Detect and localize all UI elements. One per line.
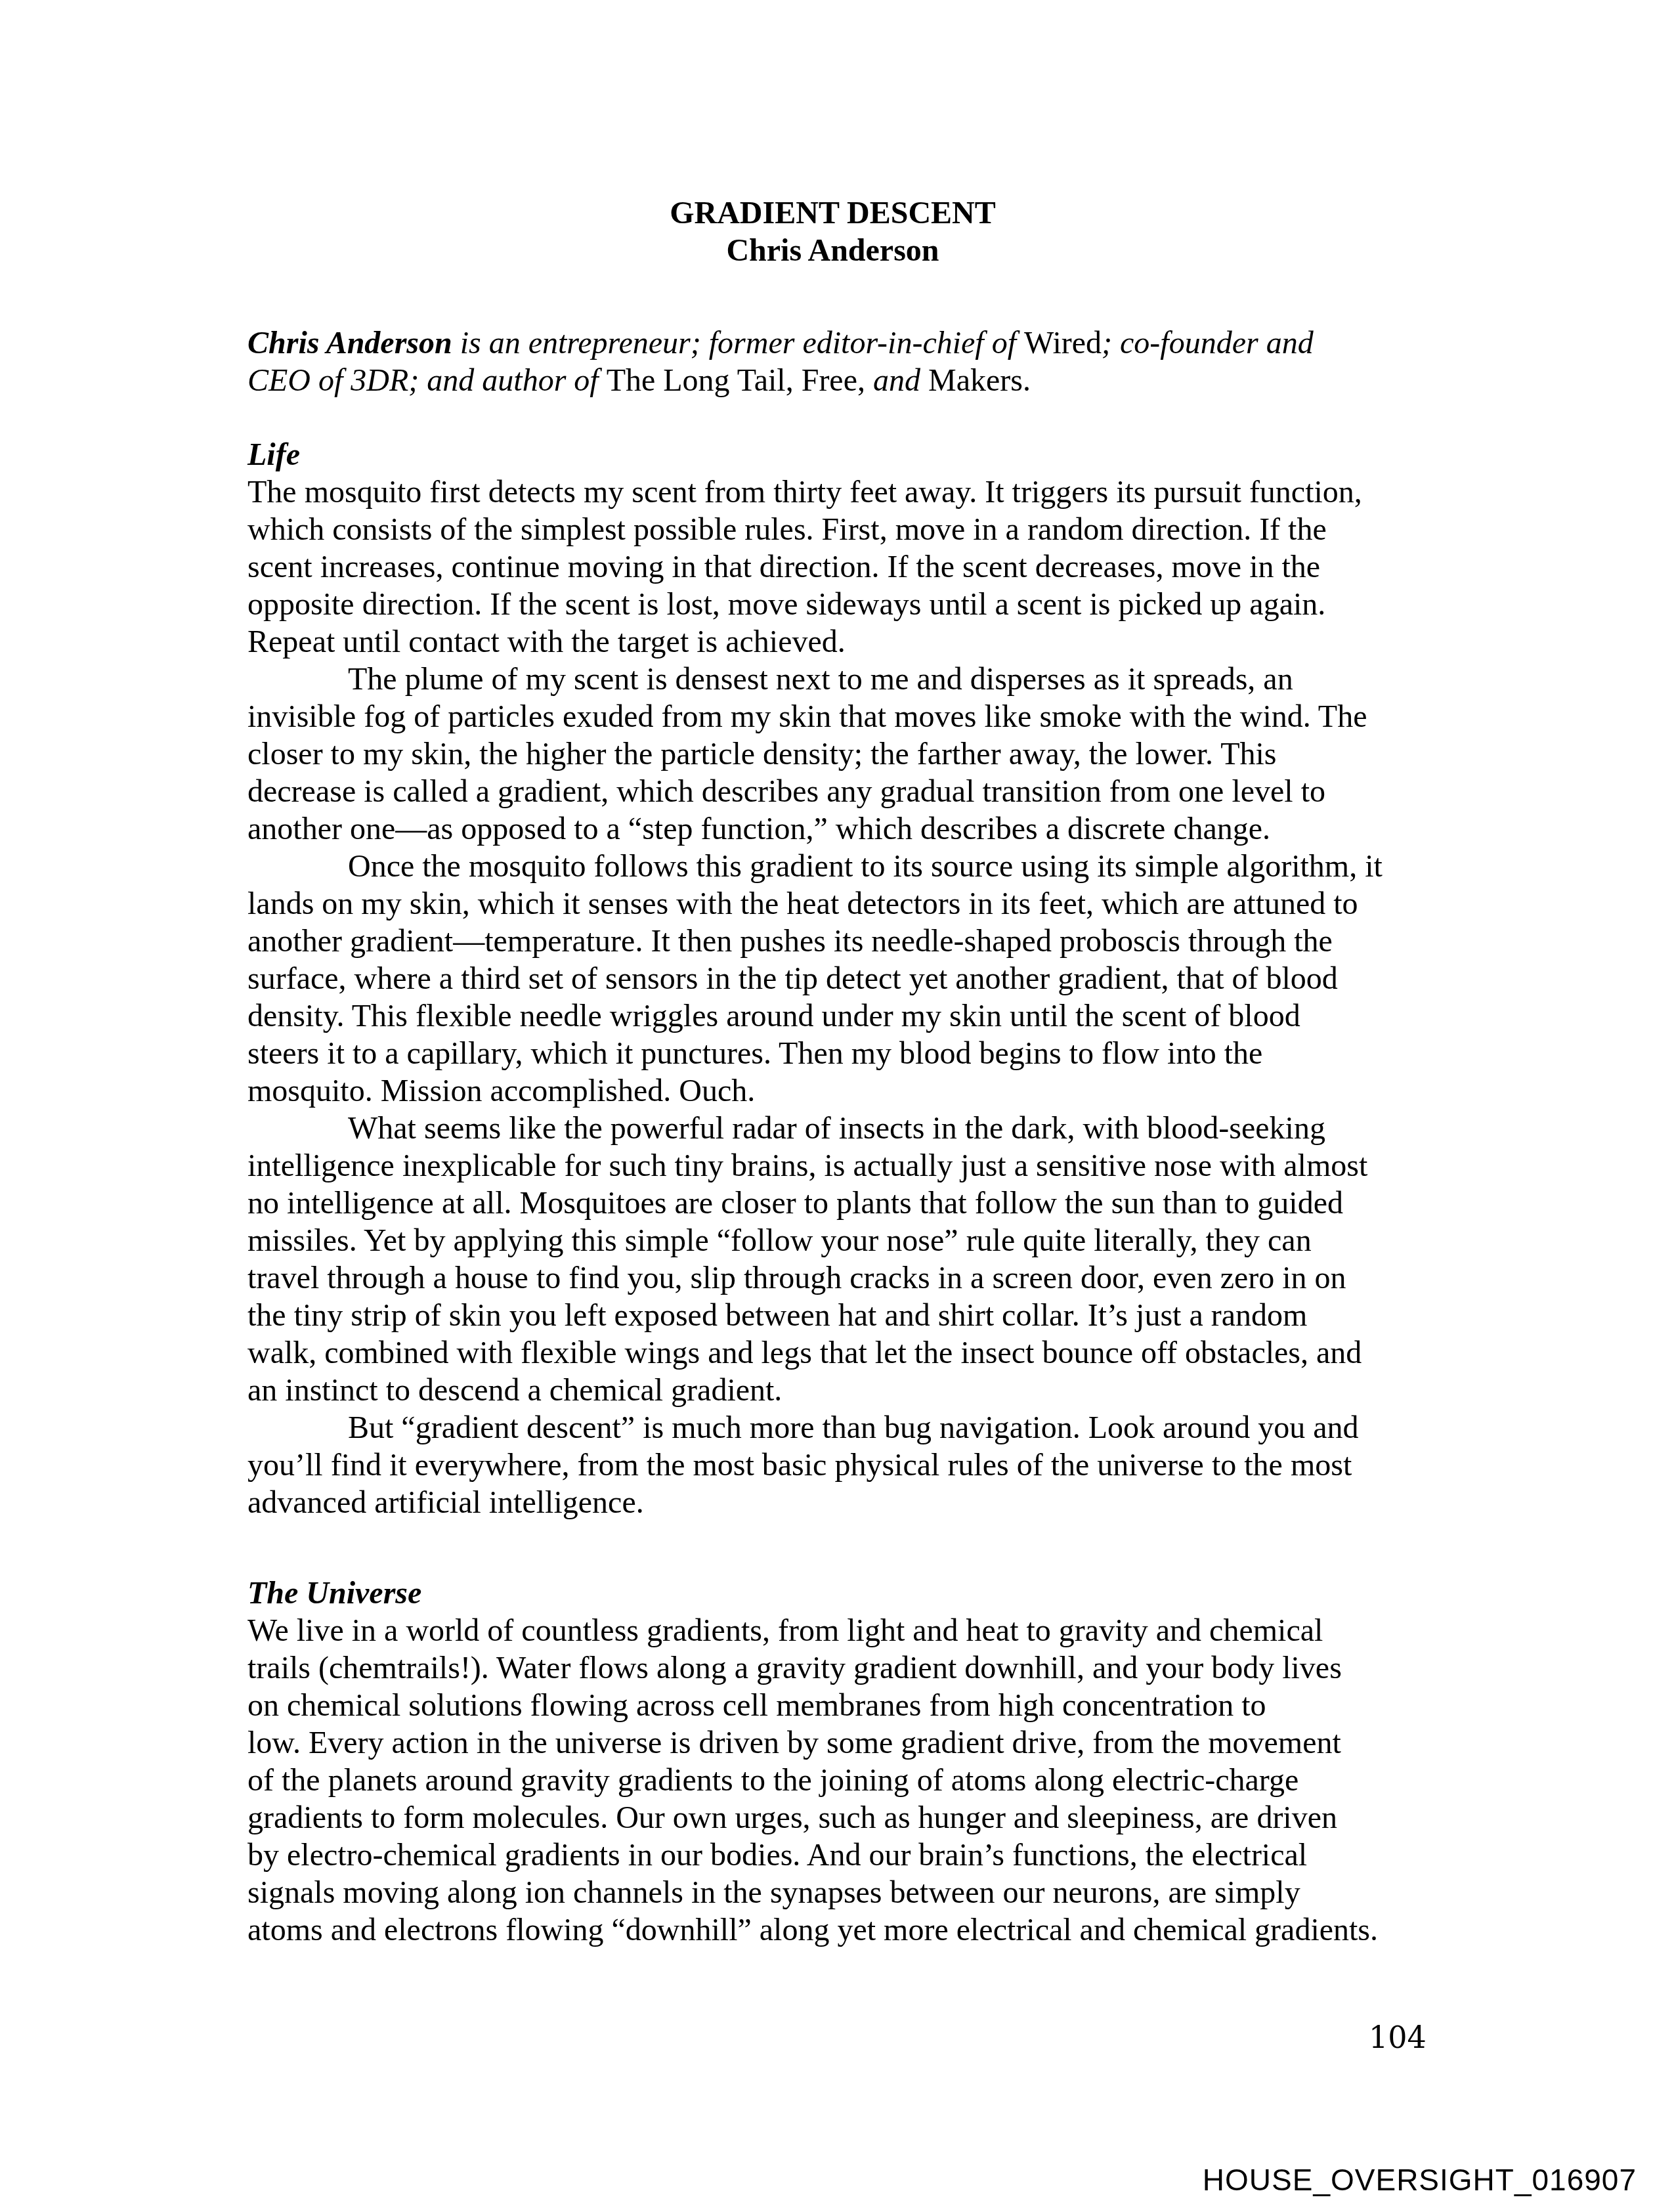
text-line: density. This flexible needle wriggles a… — [247, 997, 1423, 1035]
text-line: atoms and electrons flowing “downhill” a… — [247, 1911, 1423, 1949]
document-page: GRADIENT DESCENT Chris Anderson Chris An… — [0, 0, 1674, 2212]
text-line: trails (chemtrails!). Water flows along … — [247, 1649, 1423, 1687]
text-line: walk, combined with flexible wings and l… — [247, 1334, 1423, 1372]
text-line: which consists of the simplest possible … — [247, 511, 1423, 548]
text-line: What seems like the powerful radar of in… — [247, 1110, 1423, 1147]
text-line: advanced artificial intelligence. — [247, 1484, 1423, 1521]
bio-text: and — [865, 363, 928, 398]
text-line: the tiny strip of skin you left exposed … — [247, 1297, 1423, 1334]
text-line: another one—as opposed to a “step functi… — [247, 810, 1423, 848]
text-line: surface, where a third set of sensors in… — [247, 960, 1423, 997]
text-line: low. Every action in the universe is dri… — [247, 1724, 1423, 1762]
section-life: Life The mosquito first detects my scent… — [247, 436, 1423, 1521]
section-body: We live in a world of countless gradient… — [247, 1612, 1423, 1949]
section-heading: Life — [247, 436, 1423, 473]
text-line: another gradient—temperature. It then pu… — [247, 922, 1423, 960]
bio-books: Makers. — [928, 363, 1031, 398]
bio-text: is an entrepreneur; former editor-in-chi… — [452, 326, 1024, 360]
bio-publication: Wired — [1024, 326, 1102, 360]
page-title: GRADIENT DESCENT — [247, 194, 1418, 232]
text-line: Once the mosquito follows this gradient … — [247, 848, 1423, 885]
bates-stamp: HOUSE_OVERSIGHT_016907 — [1203, 2163, 1637, 2196]
text-line: travel through a house to find you, slip… — [247, 1259, 1423, 1297]
text-line: mosquito. Mission accomplished. Ouch. — [247, 1072, 1423, 1110]
author-bio: Chris Anderson is an entrepreneur; forme… — [247, 324, 1429, 399]
bio-text: CEO of 3DR; and author of — [247, 363, 607, 398]
title-block: GRADIENT DESCENT Chris Anderson — [247, 194, 1418, 269]
bio-name: Chris Anderson — [247, 326, 452, 360]
bio-line-2: CEO of 3DR; and author of The Long Tail,… — [247, 362, 1429, 399]
section-body: The mosquito first detects my scent from… — [247, 473, 1423, 1521]
text-line: signals moving along ion channels in the… — [247, 1874, 1423, 1911]
text-line: an instinct to descend a chemical gradie… — [247, 1372, 1423, 1409]
text-line: on chemical solutions flowing across cel… — [247, 1687, 1423, 1724]
text-line: missiles. Yet by applying this simple “f… — [247, 1222, 1423, 1259]
text-line: The plume of my scent is densest next to… — [247, 661, 1423, 698]
text-line: Repeat until contact with the target is … — [247, 623, 1423, 661]
bio-text: ; co-founder and — [1102, 326, 1314, 360]
section-universe: The Universe We live in a world of count… — [247, 1574, 1423, 1949]
text-line: scent increases, continue moving in that… — [247, 548, 1423, 586]
bio-line-1: Chris Anderson is an entrepreneur; forme… — [247, 324, 1429, 362]
text-line: gradients to form molecules. Our own urg… — [247, 1799, 1423, 1836]
text-line: But “gradient descent” is much more than… — [247, 1409, 1423, 1446]
text-line: We live in a world of countless gradient… — [247, 1612, 1423, 1649]
text-line: you’ll find it everywhere, from the most… — [247, 1446, 1423, 1484]
text-line: opposite direction. If the scent is lost… — [247, 586, 1423, 623]
text-line: lands on my skin, which it senses with t… — [247, 885, 1423, 922]
text-line: steers it to a capillary, which it punct… — [247, 1035, 1423, 1072]
text-line: intelligence inexplicable for such tiny … — [247, 1147, 1423, 1184]
text-line: The mosquito first detects my scent from… — [247, 473, 1423, 511]
text-line: no intelligence at all. Mosquitoes are c… — [247, 1184, 1423, 1222]
text-line: invisible fog of particles exuded from m… — [247, 698, 1423, 735]
text-line: decrease is called a gradient, which des… — [247, 773, 1423, 810]
page-number: 104 — [1369, 2019, 1427, 2056]
bio-books: The Long Tail, Free, — [607, 363, 865, 398]
author-name: Chris Anderson — [247, 232, 1418, 269]
text-line: by electro-chemical gradients in our bod… — [247, 1836, 1423, 1874]
section-heading: The Universe — [247, 1574, 1423, 1612]
text-line: closer to my skin, the higher the partic… — [247, 735, 1423, 773]
text-line: of the planets around gravity gradients … — [247, 1762, 1423, 1799]
